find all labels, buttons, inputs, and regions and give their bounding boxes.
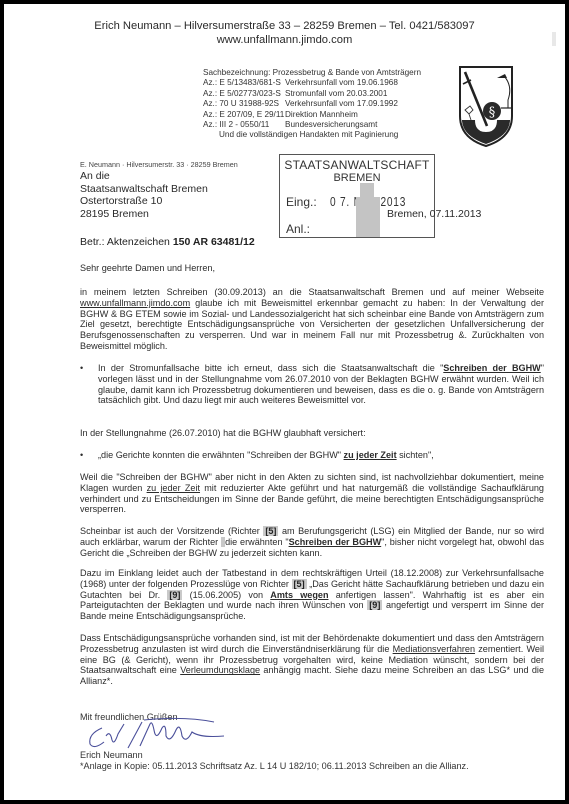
salutation: Sehr geehrte Damen und Herren, <box>80 263 544 274</box>
reference-footer: Und die vollständigen Handakten mit Pagi… <box>203 130 421 140</box>
bullet-item: • In der Stromunfallsache bitte ich erne… <box>80 363 544 406</box>
redaction-box: [5] <box>292 579 307 589</box>
reference-row: Az.: E 5/02773/023-SStromunfall vom 20.0… <box>203 89 421 99</box>
stamp-received-label: Eing.: <box>286 195 317 209</box>
paragraph-judge: Scheinbar ist auch der Vorsitzende (Rich… <box>80 526 544 558</box>
redaction-box: [5] <box>263 526 278 536</box>
letterhead-contact: Erich Neumann – Hilversumerstraße 33 – 2… <box>4 20 565 32</box>
redaction-box <box>360 183 374 197</box>
stamp-attachments-label: Anl.: <box>286 222 310 236</box>
signer-name: Erich Neumann <box>80 750 143 760</box>
bullet-icon: • <box>80 450 83 461</box>
attachment-note: *Anlage in Kopie: 05.11.2013 Schriftsatz… <box>80 761 469 771</box>
website-link[interactable]: www.unfallmann.jimdo.com <box>80 298 190 308</box>
reference-title: Sachbezeichnung: Prozessbetrug & Bande v… <box>203 68 421 78</box>
sender-return-address: E. Neumann · Hilversumerstr. 33 · 28259 … <box>80 160 238 169</box>
paragraph-files: Weil die "Schreiben der BGHW" aber nicht… <box>80 472 544 515</box>
reference-row: Az.: 70 U 31988-92SVerkehrsunfall vom 17… <box>203 99 421 109</box>
reference-row: Az.: III 2 - 0550/11Bundesversicherungsa… <box>203 120 421 130</box>
scan-mark <box>552 32 556 46</box>
coat-of-arms-icon: § <box>457 64 515 148</box>
case-number: 150 AR 63481/12 <box>173 236 255 248</box>
signature-icon <box>84 716 224 752</box>
paragraph-statement: In der Stellungnahme (26.07.2010) hat di… <box>80 428 544 439</box>
stamp-subtitle: BREMEN <box>280 172 434 184</box>
bullet-icon: • <box>80 363 83 374</box>
place-and-date: Bremen, 07.11.2013 <box>387 208 481 220</box>
paragraph-intro: in meinem letzten Schreiben (30.09.2013)… <box>80 287 544 352</box>
letterhead-website: www.unfallmann.jimdo.com <box>4 34 565 46</box>
paragraph-verdict: Dazu im Einklang leidet auch der Tatbest… <box>80 568 544 622</box>
reference-block: Sachbezeichnung: Prozessbetrug & Bande v… <box>203 68 421 141</box>
redaction-box <box>356 197 380 237</box>
bullet-item: • „die Gerichte konnten die erwähnten "S… <box>80 450 544 461</box>
paragraph-mediation: Dass Entschädigungsansprüche vorhanden s… <box>80 633 544 687</box>
letter-page: Erich Neumann – Hilversumerstraße 33 – 2… <box>4 4 565 800</box>
recipient-address: An die Staatsanwaltschaft Bremen Osterto… <box>80 170 208 220</box>
svg-text:§: § <box>489 105 496 120</box>
redaction-box: [9] <box>367 600 382 610</box>
stamp-title: STAATSANWALTSCHAFT <box>280 158 434 172</box>
redaction-box: [9] <box>167 590 182 600</box>
reference-row: Az.: E 5/13483/681-SVerkehrsunfall vom 1… <box>203 78 421 88</box>
subject-line: Betr.: Aktenzeichen 150 AR 63481/12 <box>80 236 255 248</box>
reference-row: Az.: E 207/09, E 29/11Direktion Mannheim <box>203 110 421 120</box>
